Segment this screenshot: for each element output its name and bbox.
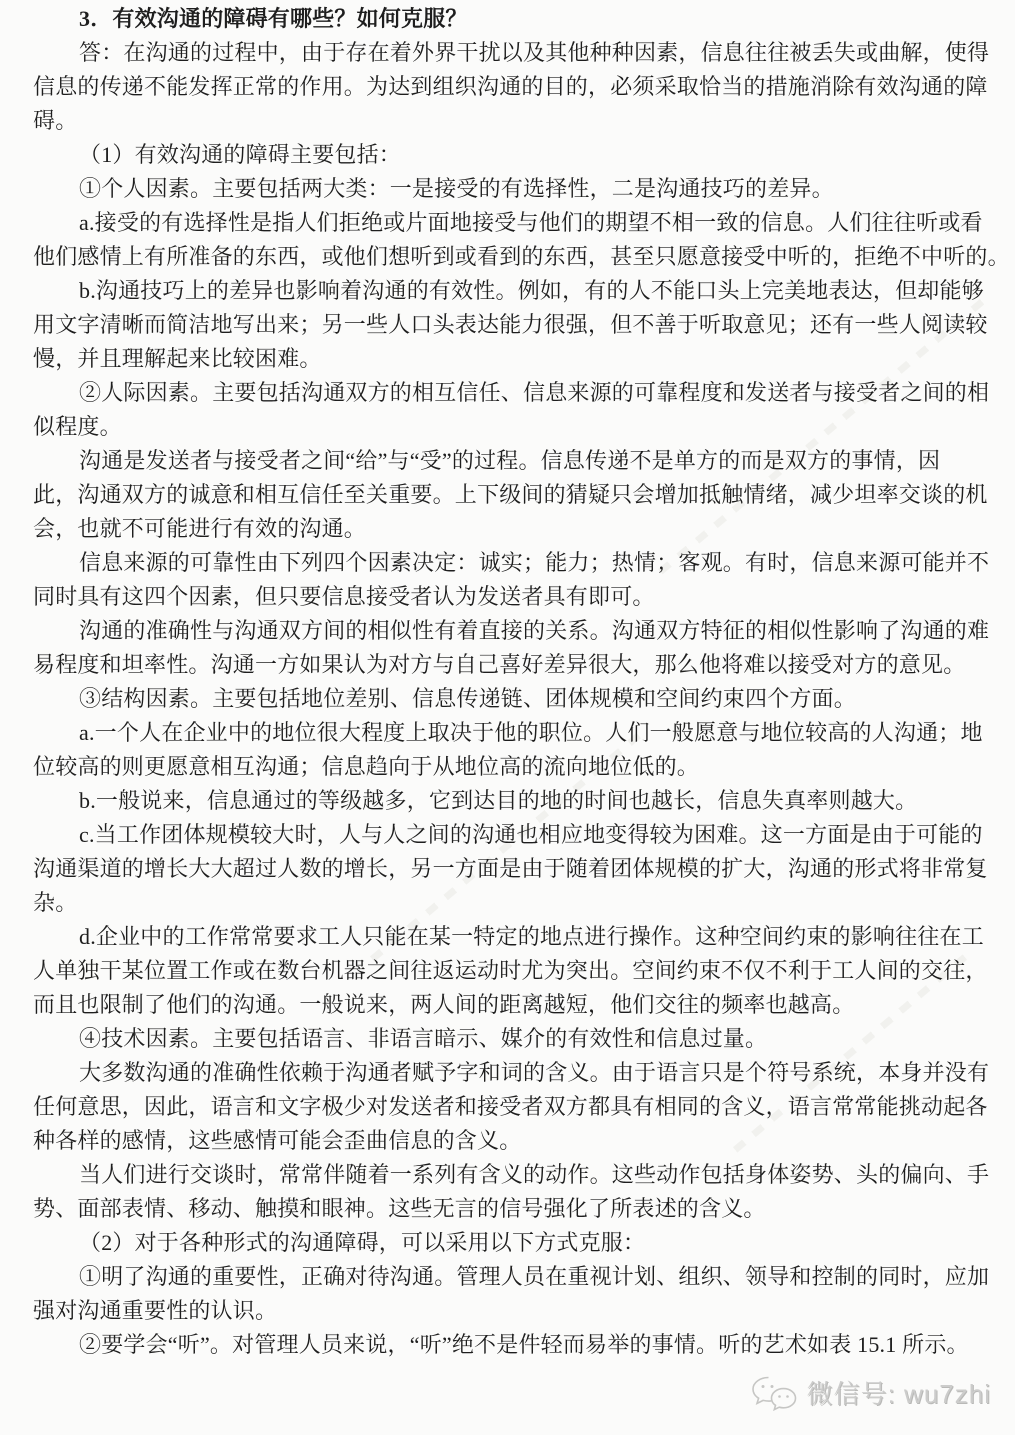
text-line: 沟通是发送者与接受者之间“给”与“受”的过程。信息传递不是单方的而是双方的事情，…	[33, 444, 991, 478]
text-line: 大多数沟通的准确性依赖于沟通者赋予字和词的含义。由于语言只是个符号系统，本身并没…	[33, 1056, 991, 1090]
text-line: 碍。	[33, 104, 991, 138]
text-line: 人单独干某位置工作或在数台机器之间往返运动时尤为突出。空间约束不仅不利于工人间的…	[33, 954, 991, 988]
text-line: c.当工作团体规模较大时，人与人之间的沟通也相应地变得较为困难。这一方面是由于可…	[33, 818, 991, 852]
text-line: ②要学会“听”。对管理人员来说，“听”绝不是件轻而易举的事情。听的艺术如表 15…	[33, 1328, 991, 1362]
text-line: ②人际因素。主要包括沟通双方的相互信任、信息来源的可靠程度和发送者与接受者之间的…	[33, 376, 991, 410]
text-line: 慢，并且理解起来比较困难。	[33, 342, 991, 376]
text-line: b.一般说来，信息通过的等级越多，它到达目的地的时间也越长，信息失真率则越大。	[33, 784, 991, 818]
watermark-label: 微信号: wu7zhi	[807, 1374, 991, 1411]
text-line: 势、面部表情、移动、触摸和眼神。这些无言的信号强化了所表述的含义。	[33, 1192, 991, 1226]
text-line: 他们感情上有所准备的东西，或他们想听到或看到的东西，甚至只愿意接受中听的，拒绝不…	[33, 240, 991, 274]
text-line: a.一个人在企业中的地位很大程度上取决于他的职位。人们一般愿意与地位较高的人沟通…	[33, 716, 991, 750]
text-line: 种各样的感情，这些感情可能会歪曲信息的含义。	[33, 1124, 991, 1158]
text-line: 用文字清晰而简洁地写出来；另一些人口头表达能力很强，但不善于听取意见；还有一些人…	[33, 308, 991, 342]
text-line: 答：在沟通的过程中，由于存在着外界干扰以及其他种种因素，信息往往被丢失或曲解，使…	[33, 36, 991, 70]
text-line: 杂。	[33, 886, 991, 920]
text-line: 位较高的则更愿意相互沟通；信息趋向于从地位高的流向地位低的。	[33, 750, 991, 784]
text-line: 而且也限制了他们的沟通。一般说来，两人间的距离越短，他们交往的频率也越高。	[33, 988, 991, 1022]
watermark: 微信号: wu7zhi	[750, 1374, 991, 1411]
text-line: 任何意思，因此，语言和文字极少对发送者和接受者双方都具有相同的含义，语言常常能挑…	[33, 1090, 991, 1124]
text-line: 信息来源的可靠性由下列四个因素决定：诚实；能力；热情；客观。有时，信息来源可能并…	[33, 546, 991, 580]
wechat-icon	[750, 1375, 798, 1411]
text-line: （1）有效沟通的障碍主要包括：	[33, 138, 991, 172]
scanned-document-page: 3．有效沟通的障碍有哪些？如何克服？答：在沟通的过程中，由于存在着外界干扰以及其…	[0, 0, 1015, 1435]
text-line: 沟通渠道的增长大大超过人数的增长，另一方面是由于随着团体规模的扩大，沟通的形式将…	[33, 852, 991, 886]
text-line: 沟通的准确性与沟通双方间的相似性有着直接的关系。沟通双方特征的相似性影响了沟通的…	[33, 614, 991, 648]
text-line: ④技术因素。主要包括语言、非语言暗示、媒介的有效性和信息过量。	[33, 1022, 991, 1056]
text-line: 此，沟通双方的诚意和相互信任至关重要。上下级间的猜疑只会增加抵触情绪，减少坦率交…	[33, 478, 991, 512]
text-line: （2）对于各种形式的沟通障碍，可以采用以下方式克服：	[33, 1226, 991, 1260]
text-line: 当人们进行交谈时，常常伴随着一系列有含义的动作。这些动作包括身体姿势、头的偏向、…	[33, 1158, 991, 1192]
text-line: 3．有效沟通的障碍有哪些？如何克服？	[33, 2, 991, 36]
text-line: 同时具有这四个因素，但只要信息接受者认为发送者具有即可。	[33, 580, 991, 614]
document-body: 3．有效沟通的障碍有哪些？如何克服？答：在沟通的过程中，由于存在着外界干扰以及其…	[33, 2, 991, 1362]
text-line: b.沟通技巧上的差异也影响着沟通的有效性。例如，有的人不能口头上完美地表达，但却…	[33, 274, 991, 308]
text-line: a.接受的有选择性是指人们拒绝或片面地接受与他们的期望不相一致的信息。人们往往听…	[33, 206, 991, 240]
text-line: ①个人因素。主要包括两大类：一是接受的有选择性，二是沟通技巧的差异。	[33, 172, 991, 206]
text-line: 会，也就不可能进行有效的沟通。	[33, 512, 991, 546]
text-line: ①明了沟通的重要性，正确对待沟通。管理人员在重视计划、组织、领导和控制的同时，应…	[33, 1260, 991, 1294]
text-line: 信息的传递不能发挥正常的作用。为达到组织沟通的目的，必须采取恰当的措施消除有效沟…	[33, 70, 991, 104]
text-line: d.企业中的工作常常要求工人只能在某一特定的地点进行操作。这种空间约束的影响往往…	[33, 920, 991, 954]
text-line: ③结构因素。主要包括地位差别、信息传递链、团体规模和空间约束四个方面。	[33, 682, 991, 716]
text-line: 似程度。	[33, 410, 991, 444]
text-line: 强对沟通重要性的认识。	[33, 1294, 991, 1328]
text-line: 易程度和坦率性。沟通一方如果认为对方与自己喜好差异很大，那么他将难以接受对方的意…	[33, 648, 991, 682]
